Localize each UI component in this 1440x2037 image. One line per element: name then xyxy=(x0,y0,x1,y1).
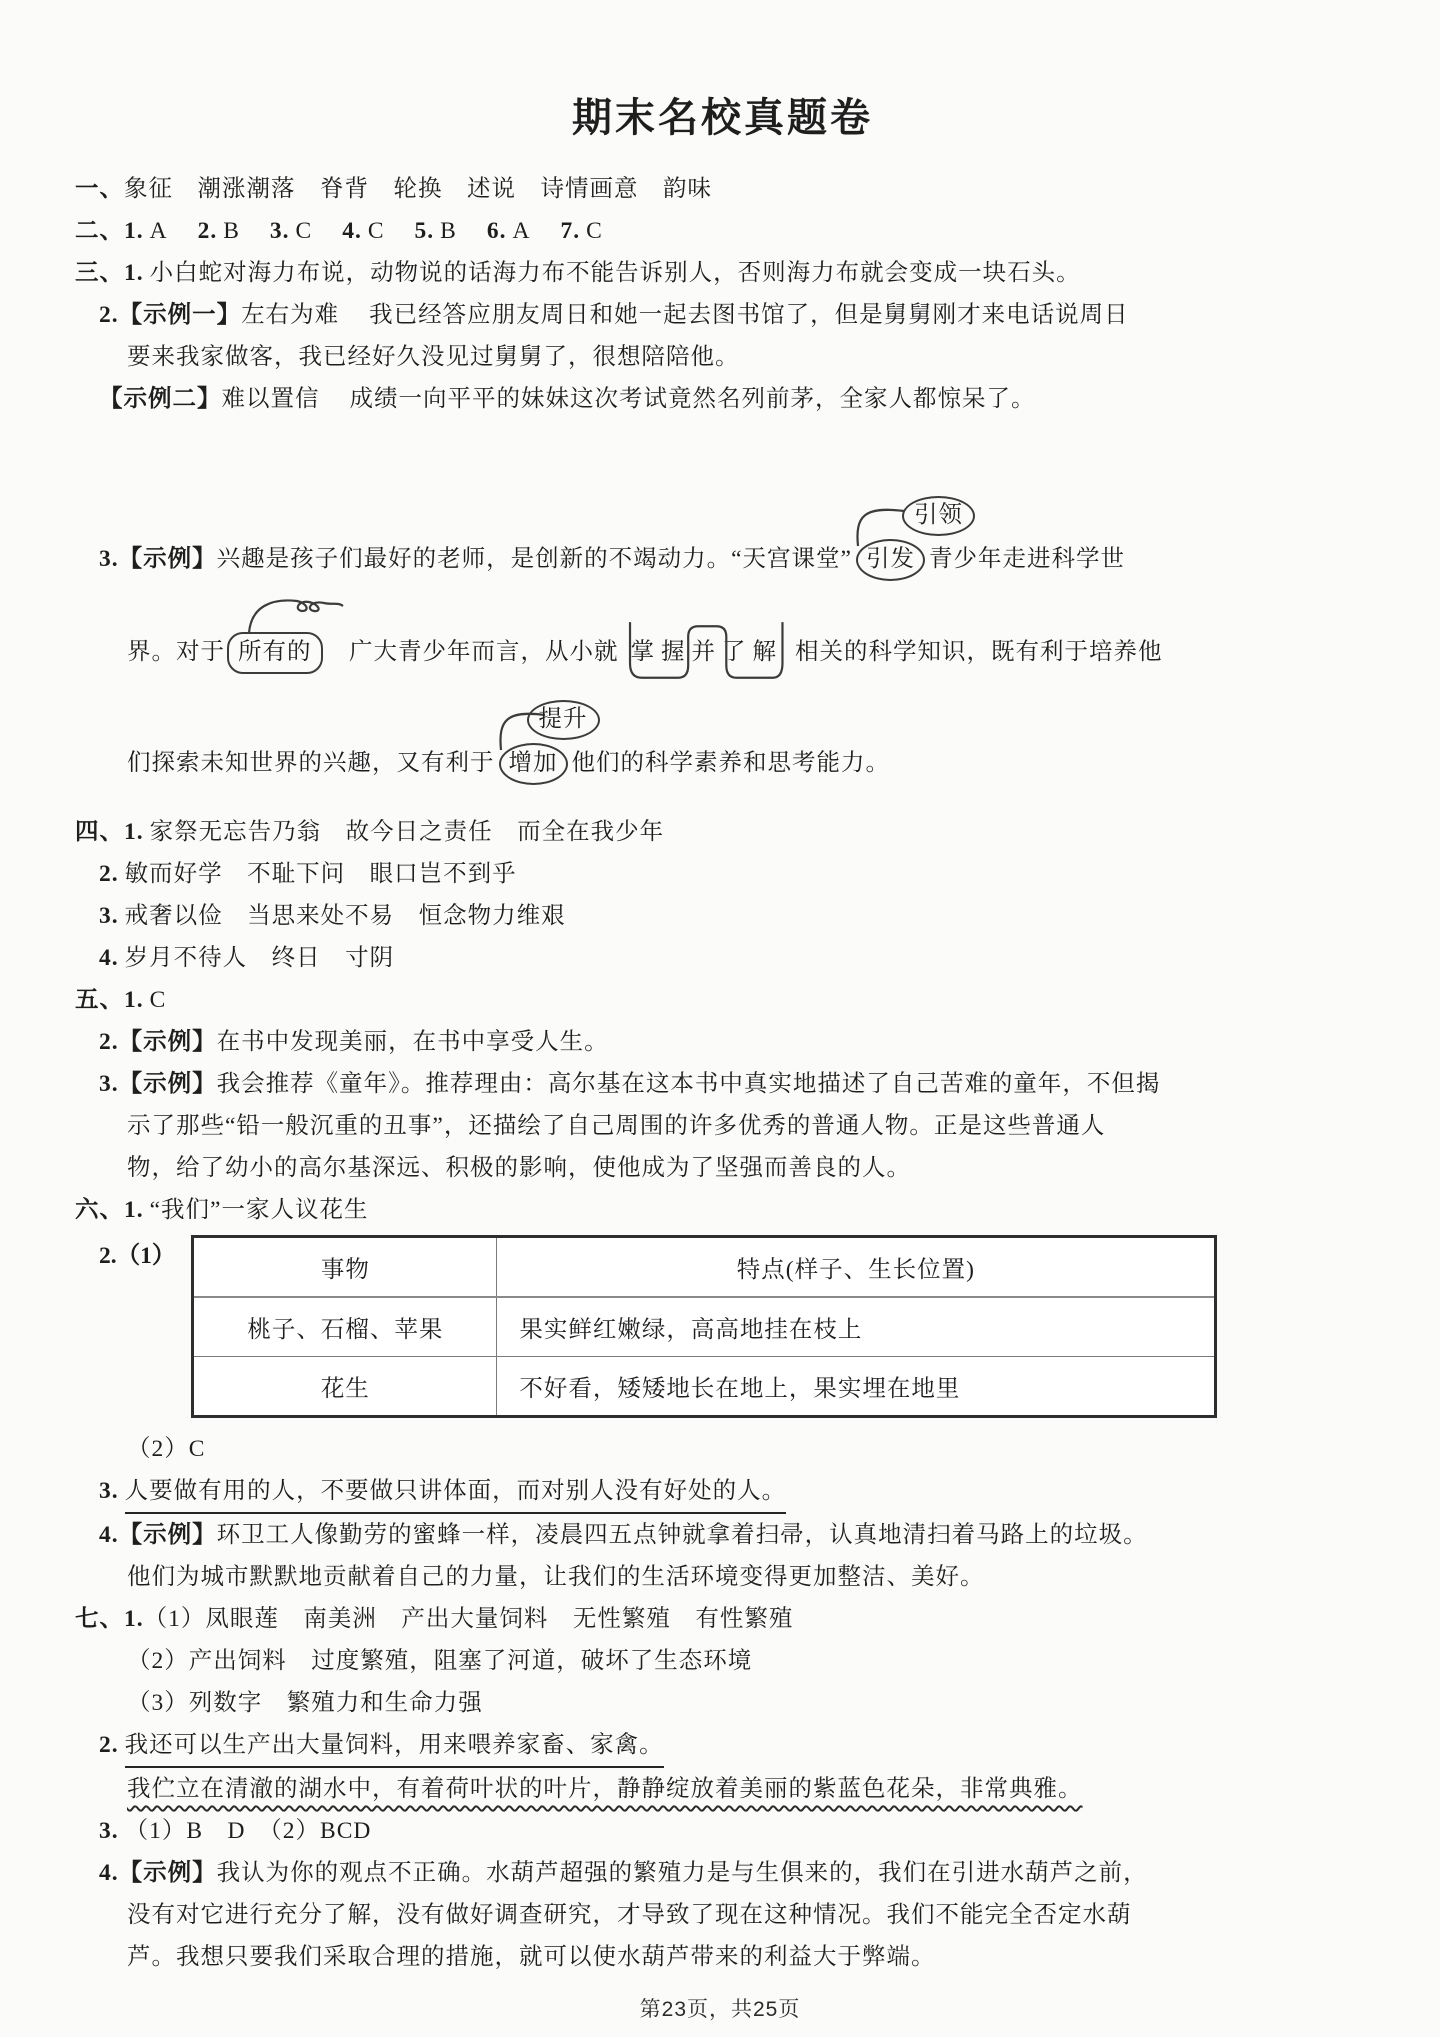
answer-text: 我已经答应朋友周日和她一起去图书馆了，但是舅舅刚才来电话说周日 xyxy=(369,302,1129,328)
section-marker: 二、 xyxy=(75,218,124,244)
table-cell: 果实鲜红嫩绿，高高地挂在枝上 xyxy=(497,1297,1216,1357)
underlined-answer: 我还可以生产出大量饲料，用来喂养家畜、家禽。 xyxy=(125,1727,664,1768)
annotated-paragraph: 3.【示例】兴趣是孩子们最好的老师，是创新的不竭动力。“天宫课堂”引领引发青少年… xyxy=(75,538,1370,785)
answer-text: 戒奢以俭 当思来处不易 恒念物力维艰 xyxy=(125,903,566,929)
deletion-curl-icon xyxy=(243,591,369,635)
item-number: 5. xyxy=(415,218,435,244)
answer-line-7-2a: 2.我还可以生产出大量饲料，用来喂养家畜、家禽。 xyxy=(75,1724,1370,1768)
sample-tag: 【示例】 xyxy=(119,1029,217,1055)
answer-text: C xyxy=(150,987,167,1013)
answer-line-1: 一、象征 潮涨潮落 脊背 轮换 述说 诗情画意 韵味 xyxy=(75,168,1370,210)
answer-text: 要来我家做客，我已经好久没见过舅舅了，很想陪陪他。 xyxy=(127,344,740,370)
answer-text: 物，给了幼小的高尔基深远、积极的影响，使他成为了坚强而善良的人。 xyxy=(127,1155,911,1181)
page-number-footer: 第23页，共25页 xyxy=(0,1993,1440,2023)
item-number: 3. xyxy=(270,218,290,244)
choice-letter: A xyxy=(512,218,530,244)
correction-mark: 引领引发 xyxy=(856,538,925,581)
answer-line-5-1: 五、1.C xyxy=(75,979,1370,1021)
answer-text: （2）C xyxy=(127,1436,205,1462)
answer-line-2: 二、1.A2.B3.C4.C5.B6.A7.C xyxy=(75,210,1370,252)
answer-line-6-2b: （2）C xyxy=(75,1428,1370,1470)
idiom-answer: 难以置信 xyxy=(222,386,320,412)
item-number: 2. xyxy=(99,861,119,887)
transposition-lines-icon xyxy=(622,618,793,686)
answer-line-3-3c: 们探索未知世界的兴趣，又有利于提升增加他们的科学素养和思考能力。 xyxy=(75,742,1370,785)
answer-text: 在书中发现美丽，在书中享受人生。 xyxy=(217,1029,609,1055)
answer-text: 们探索未知世界的兴趣，又有利于 xyxy=(127,750,495,776)
answer-text: 家祭无忘告乃翁 故今日之责任 而全在我少年 xyxy=(150,819,665,845)
item-number: 4. xyxy=(99,1522,119,1548)
answer-text: 他们为城市默默地贡献着自己的力量，让我们的生活环境变得更加整洁、美好。 xyxy=(127,1564,985,1590)
item-number: 3. xyxy=(99,1818,119,1844)
section-marker: 一、 xyxy=(75,176,124,202)
answer-text: 成绩一向平平的妹妹这次考试竟然名列前茅，全家人都惊呆了。 xyxy=(350,386,1036,412)
item-number: 1. xyxy=(124,987,144,1013)
sample-tag: 【示例】 xyxy=(119,1522,217,1548)
correction-connector-icon xyxy=(852,502,908,548)
section-marker: 五、 xyxy=(75,987,124,1013)
correction-mark: 提升增加 xyxy=(499,742,568,785)
choice-letter: B xyxy=(440,218,457,244)
answer-line-7-4b: 没有对它进行充分了解，没有做好调查研究，才导致了现在这种情况。我们不能完全否定水… xyxy=(75,1894,1370,1936)
table-cell: 桃子、石榴、苹果 xyxy=(193,1297,497,1357)
item-number: 4. xyxy=(99,945,119,971)
underlined-answer: 人要做有用的人，不要做只讲体面，而对别人没有好处的人。 xyxy=(125,1473,787,1514)
choice-letter: C xyxy=(296,218,313,244)
answer-text: （2）产出饲料 过度繁殖，阻塞了河道，破坏了生态环境 xyxy=(127,1648,752,1674)
answer-text: 兴趣是孩子们最好的老师，是创新的不竭动力。“天宫课堂” xyxy=(217,546,852,572)
answer-text: 界。对于 xyxy=(127,639,225,665)
item-number: 1. xyxy=(124,1606,144,1632)
table-row: 花生 不好看，矮矮地长在地上，果实埋在地里 xyxy=(193,1357,1216,1417)
correction-bubble: 引领 xyxy=(902,496,975,536)
answer-text: 没有对它进行充分了解，没有做好调查研究，才导致了现在这种情况。我们不能完全否定水… xyxy=(127,1902,1132,1928)
correction-bubble: 提升 xyxy=(527,700,600,740)
answer-text: （1）B D （2）BCD xyxy=(125,1818,372,1844)
section-marker: 六、 xyxy=(75,1197,124,1223)
choice-letter: C xyxy=(586,218,603,244)
answer-line-3-3a: 3.【示例】兴趣是孩子们最好的老师，是创新的不竭动力。“天宫课堂”引领引发青少年… xyxy=(75,538,1370,581)
answer-line-4-4: 4.岁月不待人 终日 寸阴 xyxy=(75,937,1370,979)
item-number: 4. xyxy=(99,1860,119,1886)
item-number: 1. xyxy=(124,819,144,845)
item-number: 3. xyxy=(99,903,119,929)
item-number: 3. xyxy=(99,1071,119,1097)
page-title: 期末名校真题卷 xyxy=(75,92,1370,144)
table-answer-row: 2.（1） 事物 特点(样子、生长位置) 桃子、石榴、苹果 果实鲜红嫩绿，高高地… xyxy=(75,1235,1370,1418)
item-number: 2. xyxy=(99,1732,119,1758)
answer-text: （3）列数字 繁殖力和生命力强 xyxy=(127,1690,483,1716)
item-number: 6. xyxy=(487,218,507,244)
features-table: 事物 特点(样子、生长位置) 桃子、石榴、苹果 果实鲜红嫩绿，高高地挂在枝上 花… xyxy=(191,1235,1217,1418)
section-marker: 七、 xyxy=(75,1606,124,1632)
choice-letter: A xyxy=(150,218,168,244)
answer-text: 青少年走进科学世 xyxy=(929,546,1125,572)
deletion-mark: 所有的 xyxy=(227,631,323,674)
answer-line-6-4a: 4.【示例】环卫工人像勤劳的蜜蜂一样，凌晨四五点钟就拿着扫帚，认真地清扫着马路上… xyxy=(75,1514,1370,1556)
answer-line-3-1: 三、1.小白蛇对海力布说，动物说的话海力布不能告诉别人，否则海力布就会变成一块石… xyxy=(75,252,1370,294)
answer-line-4-3: 3.戒奢以俭 当思来处不易 恒念物力维艰 xyxy=(75,895,1370,937)
answer-line-4-1: 四、1.家祭无忘告乃翁 故今日之责任 而全在我少年 xyxy=(75,811,1370,853)
wavy-underlined-answer: 我伫立在清澈的湖水中，有着荷叶状的叶片，静静绽放着美丽的紫蓝色花朵，非常典雅。 xyxy=(127,1776,1083,1802)
table-cell: 不好看，矮矮地长在地上，果实埋在地里 xyxy=(497,1357,1216,1417)
section-marker: 四、 xyxy=(75,819,124,845)
answer-text: 示了那些“铅一般沉重的丑事”，还描绘了自己周围的许多优秀的普通人物。正是这些普通… xyxy=(127,1113,1105,1139)
transposition-mark: 掌握并了解 xyxy=(627,631,788,673)
answer-text: 我会推荐《童年》。推荐理由：高尔基在这本书中真实地描述了自己苦难的童年，不但揭 xyxy=(217,1071,1161,1097)
answer-line-3-2c: 【示例二】难以置信成绩一向平平的妹妹这次考试竟然名列前茅，全家人都惊呆了。 xyxy=(75,378,1370,420)
answer-line-5-3c: 物，给了幼小的高尔基深远、积极的影响，使他成为了坚强而善良的人。 xyxy=(75,1147,1370,1189)
answer-text: 岁月不待人 终日 寸阴 xyxy=(125,945,395,971)
answer-text: 相关的科学知识，既有利于培养他 xyxy=(795,639,1163,665)
item-number: 1. xyxy=(124,218,144,244)
answer-line-5-3a: 3.【示例】我会推荐《童年》。推荐理由：高尔基在这本书中真实地描述了自己苦难的童… xyxy=(75,1063,1370,1105)
sample-tag: 【示例】 xyxy=(119,1071,217,1097)
table-header-row: 事物 特点(样子、生长位置) xyxy=(193,1237,1216,1298)
answer-line-3-2a: 2.【示例一】左右为难我已经答应朋友周日和她一起去图书馆了，但是舅舅刚才来电话说… xyxy=(75,294,1370,336)
item-number: 4. xyxy=(342,218,362,244)
item-number: 2. xyxy=(99,302,119,328)
table-header-cell: 特点(样子、生长位置) xyxy=(497,1237,1216,1298)
item-number: 2. xyxy=(198,218,218,244)
choice-letter: C xyxy=(368,218,385,244)
answer-line-5-2: 2.【示例】在书中发现美丽，在书中享受人生。 xyxy=(75,1021,1370,1063)
answer-line-4-2: 2.敏而好学 不耻下问 眼口岂不到乎 xyxy=(75,853,1370,895)
answer-line-6-3: 3.人要做有用的人，不要做只讲体面，而对别人没有好处的人。 xyxy=(75,1470,1370,1514)
table-row: 桃子、石榴、苹果 果实鲜红嫩绿，高高地挂在枝上 xyxy=(193,1297,1216,1357)
answer-line-7-1a: 七、1.（1）凤眼莲 南美洲 产出大量饲料 无性繁殖 有性繁殖 xyxy=(75,1598,1370,1640)
answer-line-7-3: 3.（1）B D （2）BCD xyxy=(75,1810,1370,1852)
answer-text: 象征 潮涨潮落 脊背 轮换 述说 诗情画意 韵味 xyxy=(124,176,712,202)
item-number: 7. xyxy=(560,218,580,244)
answer-line-7-2b: 我伫立在清澈的湖水中，有着荷叶状的叶片，静静绽放着美丽的紫蓝色花朵，非常典雅。 xyxy=(75,1768,1370,1810)
answer-text: 敏而好学 不耻下问 眼口岂不到乎 xyxy=(125,861,517,887)
answer-line-3-3b: 界。对于所有的 广大青少年而言，从小就掌握并了解相关的科学知识，既有利于培养他 xyxy=(75,631,1370,674)
answer-line-5-3b: 示了那些“铅一般沉重的丑事”，还描绘了自己周围的许多优秀的普通人物。正是这些普通… xyxy=(75,1105,1370,1147)
answer-line-7-1c: （3）列数字 繁殖力和生命力强 xyxy=(75,1682,1370,1724)
sample-tag: 【示例一】 xyxy=(119,302,242,328)
answer-text: 我认为你的观点不正确。水葫芦超强的繁殖力是与生俱来的，我们在引进水葫芦之前， xyxy=(217,1860,1148,1886)
answer-text: “我们”一家人议花生 xyxy=(150,1197,369,1223)
item-number: 2.（1） xyxy=(99,1235,175,1277)
answer-line-7-4a: 4.【示例】我认为你的观点不正确。水葫芦超强的繁殖力是与生俱来的，我们在引进水葫… xyxy=(75,1852,1370,1894)
item-number: 3. xyxy=(99,546,119,572)
answer-text: 小白蛇对海力布说，动物说的话海力布不能告诉别人，否则海力布就会变成一块石头。 xyxy=(150,260,1081,286)
answer-text: 芦。我想只要我们采取合理的措施，就可以使水葫芦带来的利益大于弊端。 xyxy=(127,1944,936,1970)
item-number: 2. xyxy=(99,1029,119,1055)
sample-tag: 【示例】 xyxy=(119,1860,217,1886)
exam-answer-page: 期末名校真题卷 一、象征 潮涨潮落 脊背 轮换 述说 诗情画意 韵味 二、1.A… xyxy=(0,0,1440,2037)
answer-line-3-2b: 要来我家做客，我已经好久没见过舅舅了，很想陪陪他。 xyxy=(75,336,1370,378)
answer-line-6-4b: 他们为城市默默地贡献着自己的力量，让我们的生活环境变得更加整洁、美好。 xyxy=(75,1556,1370,1598)
item-number: 3. xyxy=(99,1478,119,1504)
idiom-answer: 左右为难 xyxy=(241,302,339,328)
boxed-deleted-word: 所有的 xyxy=(227,632,323,674)
sample-tag: 【示例二】 xyxy=(99,386,222,412)
table-header-cell: 事物 xyxy=(193,1237,497,1298)
answer-text: 他们的科学素养和思考能力。 xyxy=(572,750,891,776)
answer-text: （1）凤眼莲 南美洲 产出大量饲料 无性繁殖 有性繁殖 xyxy=(144,1606,794,1632)
answer-text: 广大青少年而言，从小就 xyxy=(325,639,619,665)
answer-line-7-1b: （2）产出饲料 过度繁殖，阻塞了河道，破坏了生态环境 xyxy=(75,1640,1370,1682)
answer-line-6-1: 六、1.“我们”一家人议花生 xyxy=(75,1189,1370,1231)
answer-text: 环卫工人像勤劳的蜜蜂一样，凌晨四五点钟就拿着扫帚，认真地清扫着马路上的垃圾。 xyxy=(217,1522,1148,1548)
choice-letter: B xyxy=(223,218,240,244)
sample-tag: 【示例】 xyxy=(119,546,217,572)
answer-line-7-4c: 芦。我想只要我们采取合理的措施，就可以使水葫芦带来的利益大于弊端。 xyxy=(75,1936,1370,1978)
table-cell: 花生 xyxy=(193,1357,497,1417)
section-marker: 三、1. xyxy=(75,260,144,286)
item-number: 1. xyxy=(124,1197,144,1223)
